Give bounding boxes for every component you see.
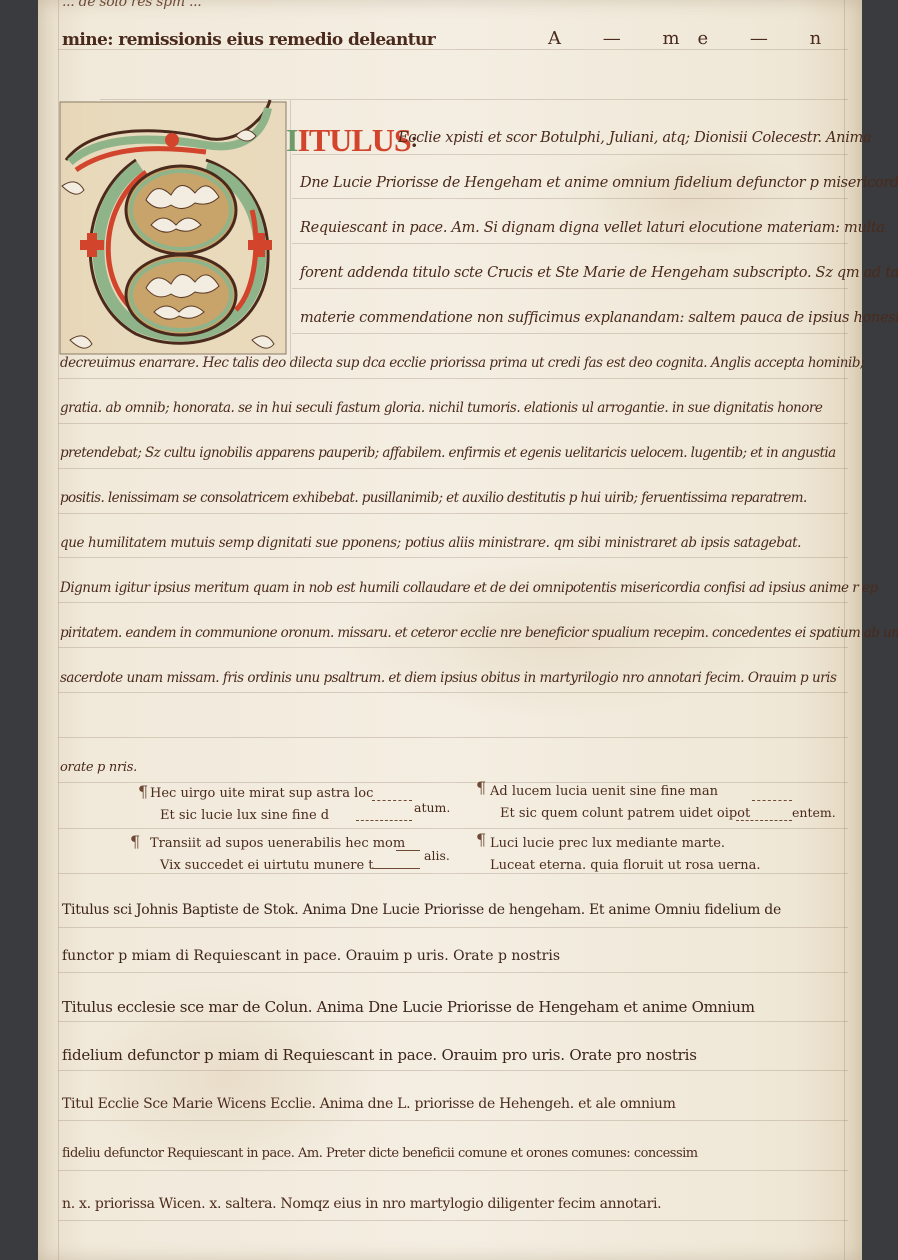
rhyme-bracket bbox=[396, 850, 420, 851]
stain bbox=[558, 140, 818, 260]
text-line: piritatem. eandem in communione oronum. … bbox=[60, 625, 898, 641]
verse-line: Et sic lucie lux sine fine d bbox=[160, 808, 329, 823]
heading-word-red: ITULUS bbox=[297, 122, 410, 158]
text-line: decreuimus enarrare. Hec talis deo dilec… bbox=[60, 355, 864, 371]
verse-line: Luceat eterna. quia floruit ut rosa uern… bbox=[490, 858, 761, 873]
text-line: sacerdote unam missam. fris ordinis unu … bbox=[60, 670, 836, 686]
text-line: Dignum igitur ipsius meritum quam in nob… bbox=[60, 580, 878, 596]
verse-line: Vix succedet ei uirtutu munere t bbox=[160, 858, 374, 873]
rhyme-bracket bbox=[736, 820, 792, 821]
text-line: Requiescant in pace. Am. Si dignam digna… bbox=[300, 220, 885, 236]
pilcrow-icon: ¶ bbox=[476, 778, 486, 797]
rhyme-bracket bbox=[752, 800, 792, 801]
partial-top-line: ... de solo res spm ... bbox=[62, 0, 201, 10]
text-line: Ecclie xpisti et scor Botulphi, Juliani,… bbox=[398, 130, 871, 146]
verse-line: Et sic quem colunt patrem uidet oipot bbox=[500, 806, 750, 821]
amen-flourish: A — me — n bbox=[548, 28, 839, 49]
pilcrow-icon: ¶ bbox=[138, 782, 148, 801]
rhyme-bracket bbox=[372, 868, 420, 869]
text-line: functor p miam di Requiescant in pace. O… bbox=[62, 948, 560, 964]
text-line: Dne Lucie Priorisse de Hengeham et anime… bbox=[300, 175, 898, 191]
verse-line: Luci lucie prec lux mediante marte. bbox=[490, 836, 725, 851]
verse-line: Hec uirgo uite mirat sup astra loc bbox=[150, 786, 373, 801]
text-line: Titulus ecclesie sce mar de Colun. Anima… bbox=[62, 998, 755, 1016]
text-line: Titul Ecclie Sce Marie Wicens Ecclie. An… bbox=[62, 1096, 676, 1112]
text-line: que humilitatem mutuis semp dignitati su… bbox=[60, 535, 801, 551]
rhyme-ending: entem. bbox=[792, 805, 836, 820]
illuminated-initial-t-icon bbox=[56, 90, 292, 358]
text-line: positis. lenissimam se consolatricem exh… bbox=[60, 490, 807, 506]
rhyme-bracket bbox=[356, 820, 412, 821]
verse-line: Ad lucem lucia uenit sine fine man bbox=[490, 784, 718, 799]
pilcrow-icon: ¶ bbox=[476, 830, 486, 849]
text-line: materie commendatione non sufficimus exp… bbox=[300, 310, 898, 326]
text-line: orate p nris. bbox=[60, 760, 137, 775]
rhyme-ending: atum. bbox=[414, 800, 450, 815]
text-line: gratia. ab omnib; honorata. se in hui se… bbox=[60, 400, 822, 416]
text-line: n. x. priorissa Wicen. x. saltera. Nomqz… bbox=[62, 1196, 661, 1212]
text-line: fidelium defunctor p miam di Requiescant… bbox=[62, 1046, 697, 1064]
text-line: mine: remissionis eius remedio deleantur bbox=[62, 30, 435, 50]
text-line: fideliu defunctor Requiescant in pace. A… bbox=[62, 1146, 698, 1161]
text-line: pretendebat; Sz cultu ignobilis apparens… bbox=[60, 445, 836, 461]
pilcrow-icon: ¶ bbox=[130, 832, 140, 851]
verse-line: Transiit ad supos uenerabilis hec mom bbox=[150, 836, 405, 851]
text-line: Titulus sci Johnis Baptiste de Stok. Ani… bbox=[62, 902, 781, 918]
rhyme-bracket bbox=[372, 800, 412, 801]
heading-letter-green: I bbox=[286, 122, 297, 158]
rhyme-ending: alis. bbox=[424, 848, 450, 863]
text-line: forent addenda titulo scte Crucis et Ste… bbox=[300, 265, 898, 281]
